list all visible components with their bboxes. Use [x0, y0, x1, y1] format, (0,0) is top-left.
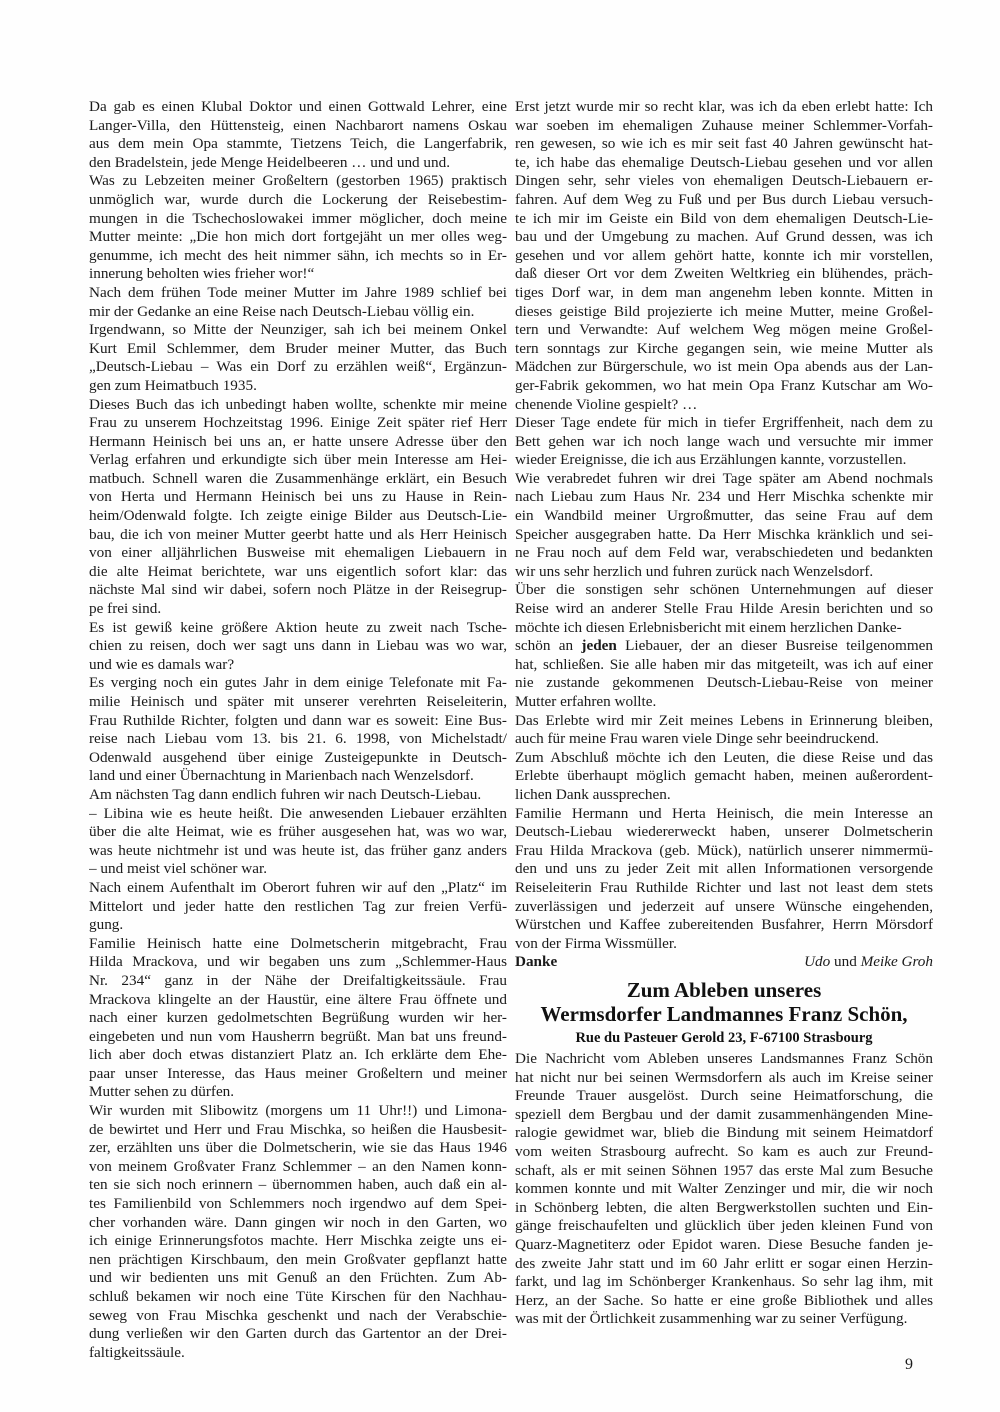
text-line: vom weiten Strasbourg aufrecht. So kam e… — [515, 1143, 933, 1162]
text-line: ren gewesen, so wie ich es mir seit fast… — [515, 135, 933, 154]
text-line: Reise wird an anderer Stelle Frau Hilde … — [515, 600, 933, 619]
text-line: ralogie gewidmet war, blieb die Bindung … — [515, 1124, 933, 1143]
obituary-title-line-1: Zum Ableben unseres — [627, 978, 822, 1002]
text-line: des zweite Jahr statt und im 60 Jahr erl… — [515, 1255, 933, 1274]
text-line: Mrackova klingelte an der Haustür, eine … — [89, 991, 507, 1010]
text-line: was heute nichtmehr ist und was heute is… — [89, 842, 507, 861]
text-line: den Bradelstein, jede Menge Heidelbeeren… — [89, 154, 507, 173]
text-line: was mit der Örtlichkeit zusammenhing war… — [515, 1310, 933, 1329]
text-run: schön an — [515, 637, 581, 654]
text-line: von der Firma Wissmüller. — [515, 935, 933, 954]
text-line: Dieser Tage endete für mich in tiefer Er… — [515, 414, 933, 433]
text-line: Über die sonstigen sehr schönen Unterneh… — [515, 581, 933, 600]
text-line: Langer-Villa, den Hüttensteig, einen Nac… — [89, 117, 507, 136]
text-line: Wir wurden mit Slibowitz (morgens um 11 … — [89, 1102, 507, 1121]
text-line: Erlebte überhaupt möglich gemacht haben,… — [515, 767, 933, 786]
text-line: zer, erzählten uns über die Dolmetscheri… — [89, 1139, 507, 1158]
text-line: tiges Dorf war, in dem man angenehm lebe… — [515, 284, 933, 303]
text-line: ein Wandbild meiner Urgroßmutter, das se… — [515, 507, 933, 526]
text-line: Wie verabredet fuhren wir drei Tage spät… — [515, 470, 933, 489]
text-line: Da gab es einen Klubal Doktor und einen … — [89, 98, 507, 117]
text-line: dung verließen wir den Garten durch das … — [89, 1325, 507, 1344]
text-line: unmöglich war, wurde durch die Lockerung… — [89, 191, 507, 210]
text-line: Hilda Mrackova, und wir begaben uns zum … — [89, 953, 507, 972]
text-line: Freunde Trauer ausgelöst. Durch seine He… — [515, 1087, 933, 1106]
text-line: Familie Hermann und Herta Heinisch, die … — [515, 805, 933, 824]
text-line: – Libina wie es heute heißt. Die anwesen… — [89, 805, 507, 824]
text-line: war soeben im ehemaligen Zuhause meiner … — [515, 117, 933, 136]
travel-report-continuation: Erst jetzt wurde mir so recht klar, was … — [515, 98, 933, 637]
author-second-name: Meike Groh — [861, 953, 933, 970]
text-line: de bewirtet und Herr und Frau Mischka, s… — [89, 1121, 507, 1140]
text-line: ger-Fabrik gekommen, wo hat mein Opa Fra… — [515, 377, 933, 396]
author-conjunction: und — [830, 953, 860, 970]
text-line: nie zustande gekommenen Deutsch-Liebau-R… — [515, 674, 933, 693]
text-line: kommen konnte und mit Walter Zenzinger u… — [515, 1180, 933, 1199]
text-line: pe frei sind. — [89, 600, 507, 619]
text-line: Nach dem frühen Tode meiner Mutter im Ja… — [89, 284, 507, 303]
text-line: gung. — [89, 916, 507, 935]
text-line: fahren. Auf dem Weg zu Fuß und per Bus d… — [515, 191, 933, 210]
text-line: Dingen sehr, sehr vieles von ehemaligen … — [515, 172, 933, 191]
text-line: – und meist viel schöner war. — [89, 860, 507, 879]
text-line: Es verging noch ein gutes Jahr in dem ei… — [89, 674, 507, 693]
left-column-text: Da gab es einen Klubal Doktor und einen … — [89, 98, 507, 1362]
author-first-name: Udo — [804, 953, 830, 970]
thanks-label: Danke — [515, 953, 557, 972]
text-line: milie Heinisch und später mit unserer ve… — [89, 693, 507, 712]
text-line: zuverlässigen und jederzeit auf unsere W… — [515, 898, 933, 917]
text-line: tern und Verwandte: Auf welchem Weg möge… — [515, 321, 933, 340]
text-line: Reiseleiterin Frau Ruthilde Richter und … — [515, 879, 933, 898]
text-line: nächste Mal sind wir dabei, sofern noch … — [89, 581, 507, 600]
document-page: Da gab es einen Klubal Doktor und einen … — [0, 0, 1000, 1412]
text-line: schaft, als er mit seinen Söhnen 1957 da… — [515, 1162, 933, 1181]
text-line: Die Nachricht vom Ableben unseres Landsm… — [515, 1050, 933, 1069]
text-line: und wir bedienten uns mit Genuß an den F… — [89, 1269, 507, 1288]
text-line: cher vorhanden wäre. Dann gingen wir noc… — [89, 1214, 507, 1233]
text-line: von einer alljährlichen Busweise mit ehe… — [89, 544, 507, 563]
text-line: Mittelort und jeder hatte den restlichen… — [89, 898, 507, 917]
text-line: Odenwald ausgehend über einige Zusteigep… — [89, 749, 507, 768]
author-names: Udo und Meike Groh — [804, 953, 933, 972]
page-number: 9 — [905, 1356, 913, 1374]
text-line: Familie Heinisch hatte eine Dolmetscheri… — [89, 935, 507, 954]
text-line: bau und der Umgebung zu machen. Auf Grun… — [515, 228, 933, 247]
text-line: gen zum Heimatbuch 1935. — [89, 377, 507, 396]
obituary-body: Die Nachricht vom Ableben unseres Landsm… — [515, 1050, 933, 1329]
obituary-title: Zum Ableben unseres Wermsdorfer Landmann… — [515, 978, 933, 1026]
jeden-line: schön an jeden Liebauer, der an dieser B… — [515, 637, 933, 656]
obituary-title-line-2: Wermsdorfer Landmannes Franz Schön, — [540, 1002, 907, 1026]
text-line: schluß bekamen wir noch eine Tüte Kirsch… — [89, 1288, 507, 1307]
text-line: chenende Violine gespielt? … — [515, 396, 933, 415]
text-line: Frau Hilda Mrackova (geb. Mück), natürli… — [515, 842, 933, 861]
obituary-article: Zum Ableben unseres Wermsdorfer Landmann… — [515, 978, 933, 1329]
text-line: gänge freischaufelten und glücklich über… — [515, 1217, 933, 1236]
text-line: den und uns zu jeder Zeit mit allen Info… — [515, 860, 933, 879]
text-line: Deutsch-Liebau wiedererweckt haben, unse… — [515, 823, 933, 842]
text-line: heim/Odenwald folgte. Ich zeigte einige … — [89, 507, 507, 526]
text-line: bau, die ich von meiner Mutter geerbt ha… — [89, 526, 507, 545]
text-line: Hermann Heinisch bei uns an, er hatte un… — [89, 433, 507, 452]
text-line: tern sonntags zur Kirche gegangen sein, … — [515, 340, 933, 359]
text-line: nach Liebau zum Haus Nr. 234 und Herr Mi… — [515, 488, 933, 507]
text-line: auch für meine Frau waren viele Dinge se… — [515, 730, 933, 749]
text-line: Mutter erfahren wollte. — [515, 693, 933, 712]
text-run: Liebauer, der an dieser Busreise teilgen… — [617, 637, 933, 654]
text-line: und wie es damals war? — [89, 656, 507, 675]
text-line: hat, schließen. Sie alle haben mir das m… — [515, 656, 933, 675]
text-line: über die alte Heimat, wie es früher ausg… — [89, 823, 507, 842]
text-line: Das Erlebte wird mir Zeit meines Lebens … — [515, 712, 933, 731]
text-line: gesehen und vor allem gehört hatte, konn… — [515, 247, 933, 266]
text-line: dieses geistige Bild projezierte ich mei… — [515, 303, 933, 322]
text-line: lich aber doch etwas distanziert Platz a… — [89, 1046, 507, 1065]
text-line: Nach einem Aufenthalt im Oberort fuhren … — [89, 879, 507, 898]
text-line: die alte Heimat berichtete, war uns eige… — [89, 563, 507, 582]
text-line: Mutter sehen zu dürfen. — [89, 1083, 507, 1102]
text-line: tes Familienbild von Schlemmers noch irg… — [89, 1195, 507, 1214]
text-line: te, ich habe das ehemalige Deutsch-Lieba… — [515, 154, 933, 173]
text-line: matbuch. Schnell waren die Zusammenhänge… — [89, 470, 507, 489]
text-line: mir der Gedanke an eine Reise nach Deuts… — [89, 303, 507, 322]
text-line: Frau zu unserem Hochzeitstag 1996. Einig… — [89, 414, 507, 433]
text-line: farkt, und lag im Schönberger Krankenhau… — [515, 1273, 933, 1292]
text-line: chien zu reisen, doch wer sagt uns dann … — [89, 637, 507, 656]
text-line: Herz, an der Sache. So hatte er eine gro… — [515, 1292, 933, 1311]
text-line: aus dem mein Opa stammte, Tietzens Teich… — [89, 135, 507, 154]
text-line: innerung beholten wies frieher wor!“ — [89, 265, 507, 284]
text-line: Bett gehen war ich noch lange wach und v… — [515, 433, 933, 452]
emphasis-jeden: jeden — [581, 637, 616, 654]
text-line: te ich mir im Geiste ein Bild von dem eh… — [515, 210, 933, 229]
text-line: genumme, ich mecht des heit nimmer sähn,… — [89, 247, 507, 266]
text-line: speziell dem Bergbau und der damit zusam… — [515, 1106, 933, 1125]
text-line: Zum Abschluß möchte ich den Leuten, die … — [515, 749, 933, 768]
text-line: Mädchen zur Bürgerschule, wo ist mein Op… — [515, 358, 933, 377]
text-line: Irgendwann, so Mitte der Neunziger, sah … — [89, 321, 507, 340]
text-line: nach einer kurzen gedolmetschten Begrüßu… — [89, 1009, 507, 1028]
text-line: Kurt Emil Schlemmer, dem Bruder meiner M… — [89, 340, 507, 359]
travel-report-closing: hat, schließen. Sie alle haben mir das m… — [515, 656, 933, 954]
obituary-address: Rue du Pasteuer Gerold 23, F-67100 Stras… — [515, 1028, 933, 1048]
text-line: nen prächtigen Kirschbaum, den mein Groß… — [89, 1251, 507, 1270]
text-line: land und einer Übernachtung in Marienbac… — [89, 767, 507, 786]
text-line: Verlag erfahren und erkundigte sich über… — [89, 451, 507, 470]
text-line: reise nach Liebau vom 13. bis 21. 6. 199… — [89, 730, 507, 749]
text-line: von meinem Großvater Franz Schlemmer – a… — [89, 1158, 507, 1177]
text-line: hat nicht nur bei seinen Wermsdorfern al… — [515, 1069, 933, 1088]
text-line: lichen Dank aussprechen. — [515, 786, 933, 805]
text-line: Was zu Lebzeiten meiner Großeltern (gest… — [89, 172, 507, 191]
text-line: Erst jetzt wurde mir so recht klar, was … — [515, 98, 933, 117]
text-line: daß dieser Ort vor dem Zweiten Weltkrieg… — [515, 265, 933, 284]
text-line: ten sie sich noch erinnern – übernommen … — [89, 1176, 507, 1195]
text-line: Es ist gewiß keine größere Aktion heute … — [89, 619, 507, 638]
text-line: ne Frau noch auf dem Feld war, verabschi… — [515, 544, 933, 563]
text-line: wieder Ereignisse, die ich aus Erzählung… — [515, 451, 933, 470]
text-line: möchte ich diesen Erlebnisbericht mit ei… — [515, 619, 933, 638]
text-line: Quarz-Magnetiterz oder Epidot waren. Die… — [515, 1236, 933, 1255]
text-line: eingebeten und nun vom Hausherrn begrüßt… — [89, 1028, 507, 1047]
text-line: paar unser Interesse, das Haus meiner Gr… — [89, 1065, 507, 1084]
text-line: mungen in die Tschechoslowakei immer mög… — [89, 210, 507, 229]
text-line: Am nächsten Tag dann endlich fuhren wir … — [89, 786, 507, 805]
text-line: ich einige Erinnerungsfotos machte. Herr… — [89, 1232, 507, 1251]
text-line: wir uns sehr herzlich und fuhren zurück … — [515, 563, 933, 582]
text-line: Speicher ausgegraben hatte. Da Herr Misc… — [515, 526, 933, 545]
right-column-text: Erst jetzt wurde mir so recht klar, was … — [515, 98, 933, 972]
text-line: Mutter meinte: „Die hon mich dort fortge… — [89, 228, 507, 247]
text-line: von Herta und Hermann Heinisch bei uns z… — [89, 488, 507, 507]
text-line: Frau Ruthilde Richter, folgten und dann … — [89, 712, 507, 731]
text-line: seweg von Frau Mischka geschenkt und nac… — [89, 1307, 507, 1326]
signoff: Danke Udo und Meike Groh — [515, 953, 933, 972]
text-line: Dieses Buch das ich unbedingt haben woll… — [89, 396, 507, 415]
text-line: in Schönberg lebten, die alten Bergwerks… — [515, 1199, 933, 1218]
text-line: faltigkeitssäule. — [89, 1344, 507, 1363]
text-line: Würstchen und Kaffee zubereitenden Busfa… — [515, 916, 933, 935]
text-line: „Deutsch-Liebau – Was ein Dorf zu erzähl… — [89, 358, 507, 377]
text-line: Nr. 234“ ganz in der Nähe der Dreifaltig… — [89, 972, 507, 991]
